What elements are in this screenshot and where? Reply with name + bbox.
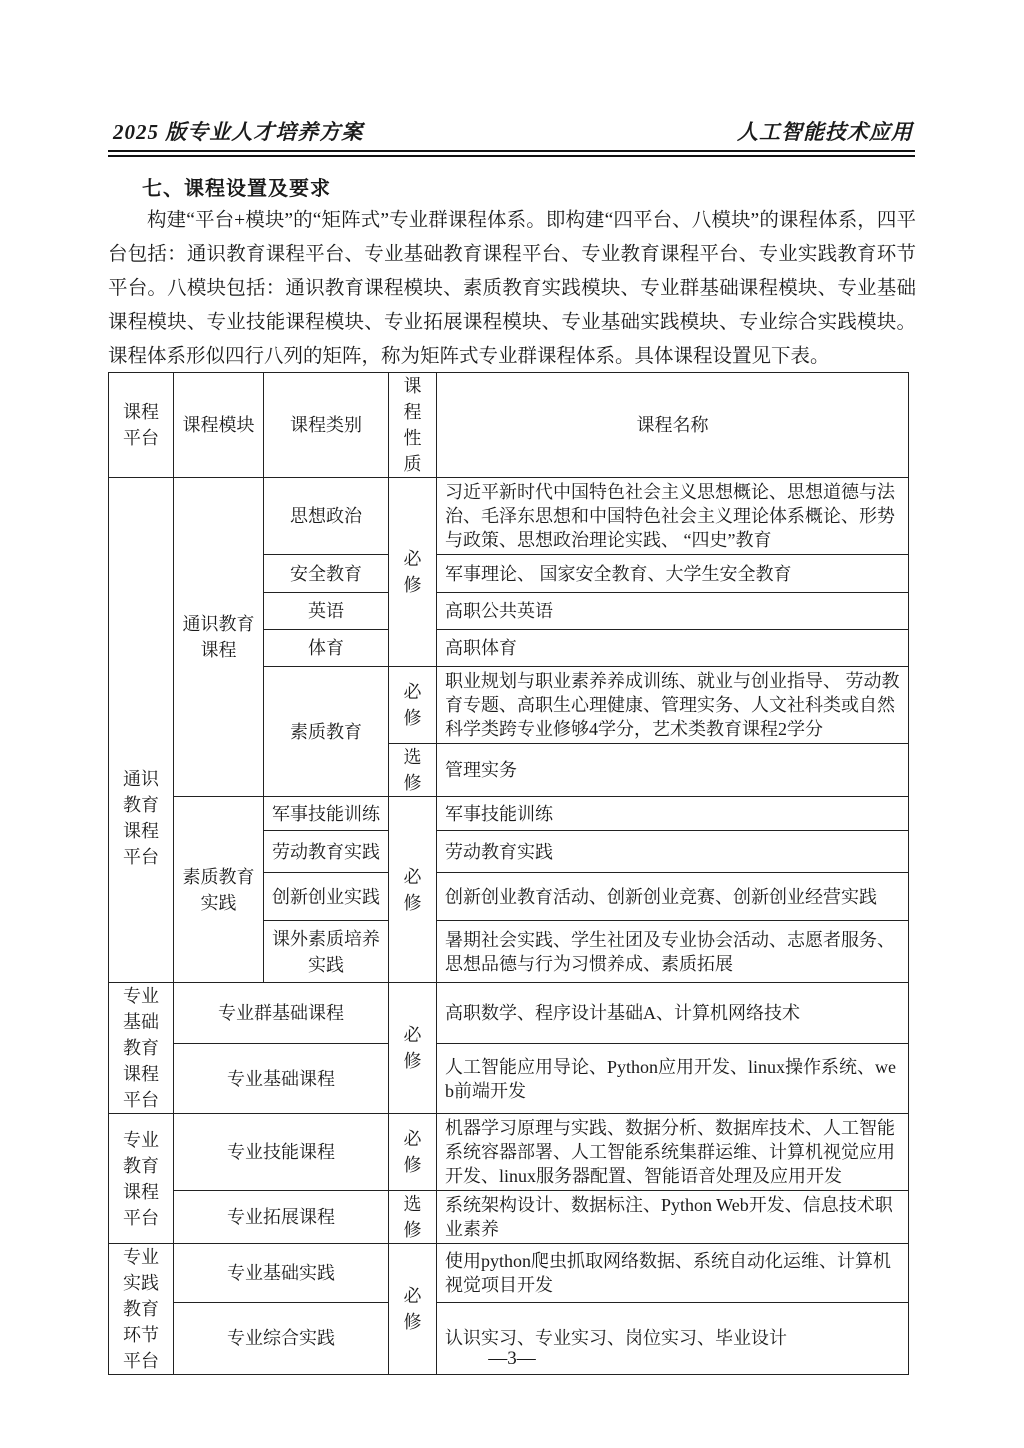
platform-cell: 专业教育课程平台 bbox=[109, 1114, 174, 1244]
table-row: 专业基础教育课程平台 专业群基础课程 必修 高职数学、程序设计基础A、计算机网络… bbox=[109, 983, 909, 1044]
category-cell: 体育 bbox=[264, 630, 389, 667]
page-number: —3— bbox=[0, 1348, 1024, 1370]
intro-paragraph: 构建“平台+模块”的“矩阵式”专业群课程体系。即构建“四平台、八模块”的课程体系… bbox=[108, 204, 916, 374]
col-header-module: 课程模块 bbox=[174, 373, 264, 478]
nature-cell: 必修 bbox=[389, 1114, 437, 1191]
category-cell: 专业拓展课程 bbox=[174, 1191, 389, 1244]
course-names-cell: 劳动教育实践 bbox=[437, 831, 909, 873]
nature-cell: 选修 bbox=[389, 1191, 437, 1244]
course-setting-table: 课程平台 课程模块 课程类别 课程性质 课程名称 通识教育课程平台 通识教育课程… bbox=[108, 372, 909, 1375]
platform-cell: 专业基础教育课程平台 bbox=[109, 983, 174, 1114]
nature-cell: 必修 bbox=[389, 983, 437, 1114]
course-names-cell: 高职体育 bbox=[437, 630, 909, 667]
module-cell: 素质教育实践 bbox=[174, 797, 264, 983]
category-cell: 专业群基础课程 bbox=[174, 983, 389, 1044]
category-cell: 英语 bbox=[264, 593, 389, 630]
category-cell: 专业基础课程 bbox=[174, 1044, 389, 1114]
nature-cell: 必修 bbox=[389, 667, 437, 744]
header-divider-rule bbox=[108, 150, 915, 157]
course-names-cell: 军事技能训练 bbox=[437, 797, 909, 831]
course-names-cell: 管理实务 bbox=[437, 744, 909, 797]
category-cell: 军事技能训练 bbox=[264, 797, 389, 831]
col-header-name: 课程名称 bbox=[437, 373, 909, 478]
course-names-cell: 习近平新时代中国特色社会主义思想概论、思想道德与法治、毛泽东思想和中国特色社会主… bbox=[437, 478, 909, 555]
table-row: 素质教育实践 军事技能训练 必修 军事技能训练 bbox=[109, 797, 909, 831]
header-right-title: 人工智能技术应用 bbox=[737, 116, 913, 146]
table-row: 专业实践教育环节平台 专业基础实践 必修 使用python爬虫抓取网络数据、系统… bbox=[109, 1244, 909, 1303]
course-names-cell: 职业规划与职业素养养成训练、就业与创业指导、 劳动教育专题、高职生心理健康、管理… bbox=[437, 667, 909, 744]
col-header-nature: 课程性质 bbox=[389, 373, 437, 478]
page-header: 2025 版专业人才培养方案 人工智能技术应用 bbox=[113, 116, 913, 146]
category-cell: 创新创业实践 bbox=[264, 873, 389, 921]
category-cell: 思想政治 bbox=[264, 478, 389, 555]
col-header-platform: 课程平台 bbox=[109, 373, 174, 478]
document-page: 2025 版专业人才培养方案 人工智能技术应用 七、课程设置及要求 构建“平台+… bbox=[0, 0, 1024, 1448]
module-cell: 通识教育课程 bbox=[174, 478, 264, 797]
category-cell: 专业技能课程 bbox=[174, 1114, 389, 1191]
col-header-category: 课程类别 bbox=[264, 373, 389, 478]
course-names-cell: 创新创业教育活动、创新创业竞赛、创新创业经营实践 bbox=[437, 873, 909, 921]
nature-cell: 选修 bbox=[389, 744, 437, 797]
category-cell: 专业基础实践 bbox=[174, 1244, 389, 1303]
category-cell: 课外素质培养实践 bbox=[264, 921, 389, 983]
course-names-cell: 使用python爬虫抓取网络数据、系统自动化运维、计算机视觉项目开发 bbox=[437, 1244, 909, 1303]
table-row: 专业拓展课程 选修 系统架构设计、数据标注、Python Web开发、信息技术职… bbox=[109, 1191, 909, 1244]
table-header-row: 课程平台 课程模块 课程类别 课程性质 课程名称 bbox=[109, 373, 909, 478]
header-left-title: 2025 版专业人才培养方案 bbox=[113, 116, 363, 146]
nature-cell: 必修 bbox=[389, 478, 437, 667]
course-names-cell: 机器学习原理与实践、数据分析、数据库技术、人工智能系统容器部署、人工智能系统集群… bbox=[437, 1114, 909, 1191]
course-names-cell: 人工智能应用导论、Python应用开发、linux操作系统、web前端开发 bbox=[437, 1044, 909, 1114]
course-names-cell: 高职公共英语 bbox=[437, 593, 909, 630]
section-title: 七、课程设置及要求 bbox=[142, 172, 331, 201]
course-names-cell: 暑期社会实践、学生社团及专业协会活动、志愿者服务、思想品德与行为习惯养成、素质拓… bbox=[437, 921, 909, 983]
platform-cell: 通识教育课程平台 bbox=[109, 478, 174, 983]
category-cell: 劳动教育实践 bbox=[264, 831, 389, 873]
category-cell: 安全教育 bbox=[264, 555, 389, 593]
course-names-cell: 系统架构设计、数据标注、Python Web开发、信息技术职业素养 bbox=[437, 1191, 909, 1244]
category-cell: 素质教育 bbox=[264, 667, 389, 797]
course-names-cell: 高职数学、程序设计基础A、计算机网络技术 bbox=[437, 983, 909, 1044]
table-row: 通识教育课程平台 通识教育课程 思想政治 必修 习近平新时代中国特色社会主义思想… bbox=[109, 478, 909, 555]
nature-cell: 必修 bbox=[389, 797, 437, 983]
table-row: 专业基础课程 人工智能应用导论、Python应用开发、linux操作系统、web… bbox=[109, 1044, 909, 1114]
table-row: 专业教育课程平台 专业技能课程 必修 机器学习原理与实践、数据分析、数据库技术、… bbox=[109, 1114, 909, 1191]
course-names-cell: 军事理论、 国家安全教育、大学生安全教育 bbox=[437, 555, 909, 593]
